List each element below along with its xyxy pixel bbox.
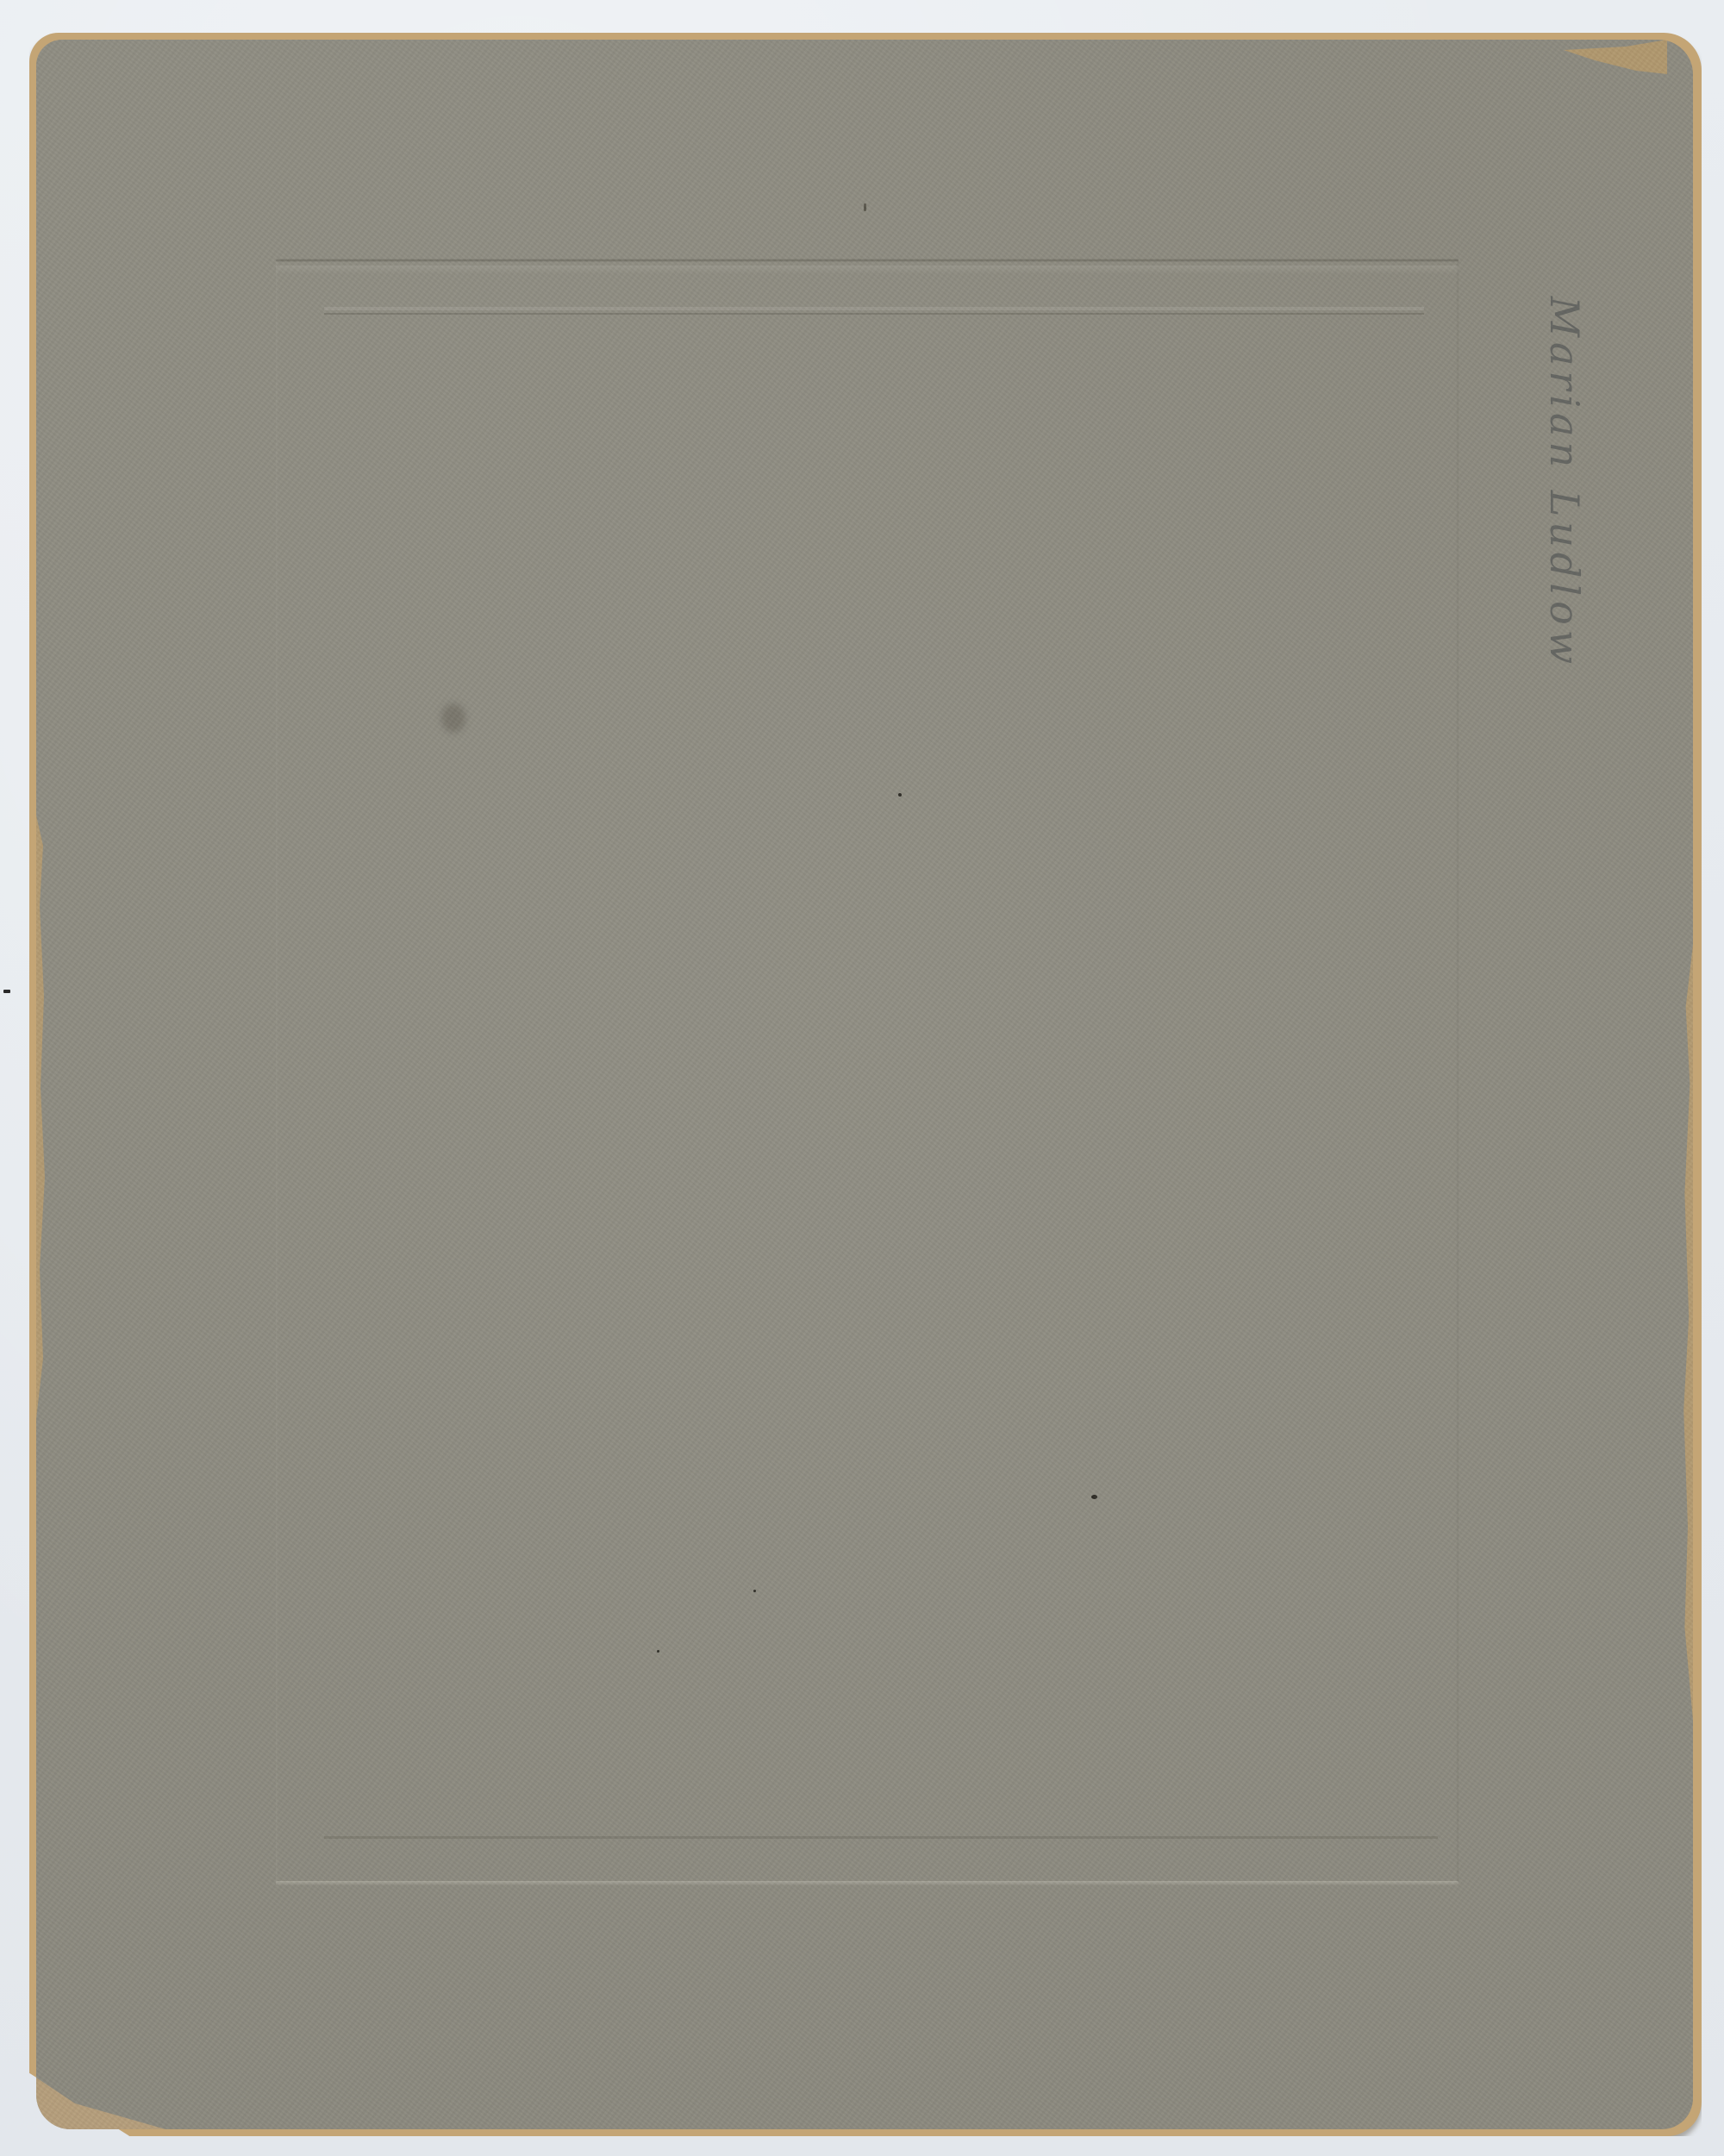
worn-corner-bottom-left <box>36 2078 166 2129</box>
embossed-edge-right <box>1456 259 1459 1885</box>
speck <box>753 1590 756 1592</box>
embossed-line-top-outer <box>276 259 1459 262</box>
worn-edge-left <box>36 816 45 1419</box>
speck <box>864 203 866 211</box>
pencil-inscription: Marian Ludlow <box>1539 250 1590 716</box>
embossed-line-top-inner <box>324 313 1424 315</box>
embossed-line-bottom-outer <box>276 1881 1459 1885</box>
speck <box>1091 1495 1097 1499</box>
embossed-highlight-top <box>276 266 1459 274</box>
worn-edge-right <box>1683 945 1693 1721</box>
inscription-text: Marian Ludlow <box>1541 297 1588 669</box>
speck <box>657 1650 659 1653</box>
smudge-mark <box>441 703 465 733</box>
embossed-frame <box>276 259 1459 1885</box>
embossed-edge-left <box>276 259 278 1885</box>
speck <box>898 793 902 797</box>
photo-mount-card <box>36 40 1693 2129</box>
chipped-corner-top-right <box>1564 40 1667 74</box>
scanner-bed-mark <box>3 990 10 993</box>
embossed-highlight-top-inner <box>324 307 1424 310</box>
embossed-line-bottom-inner <box>324 1836 1438 1839</box>
